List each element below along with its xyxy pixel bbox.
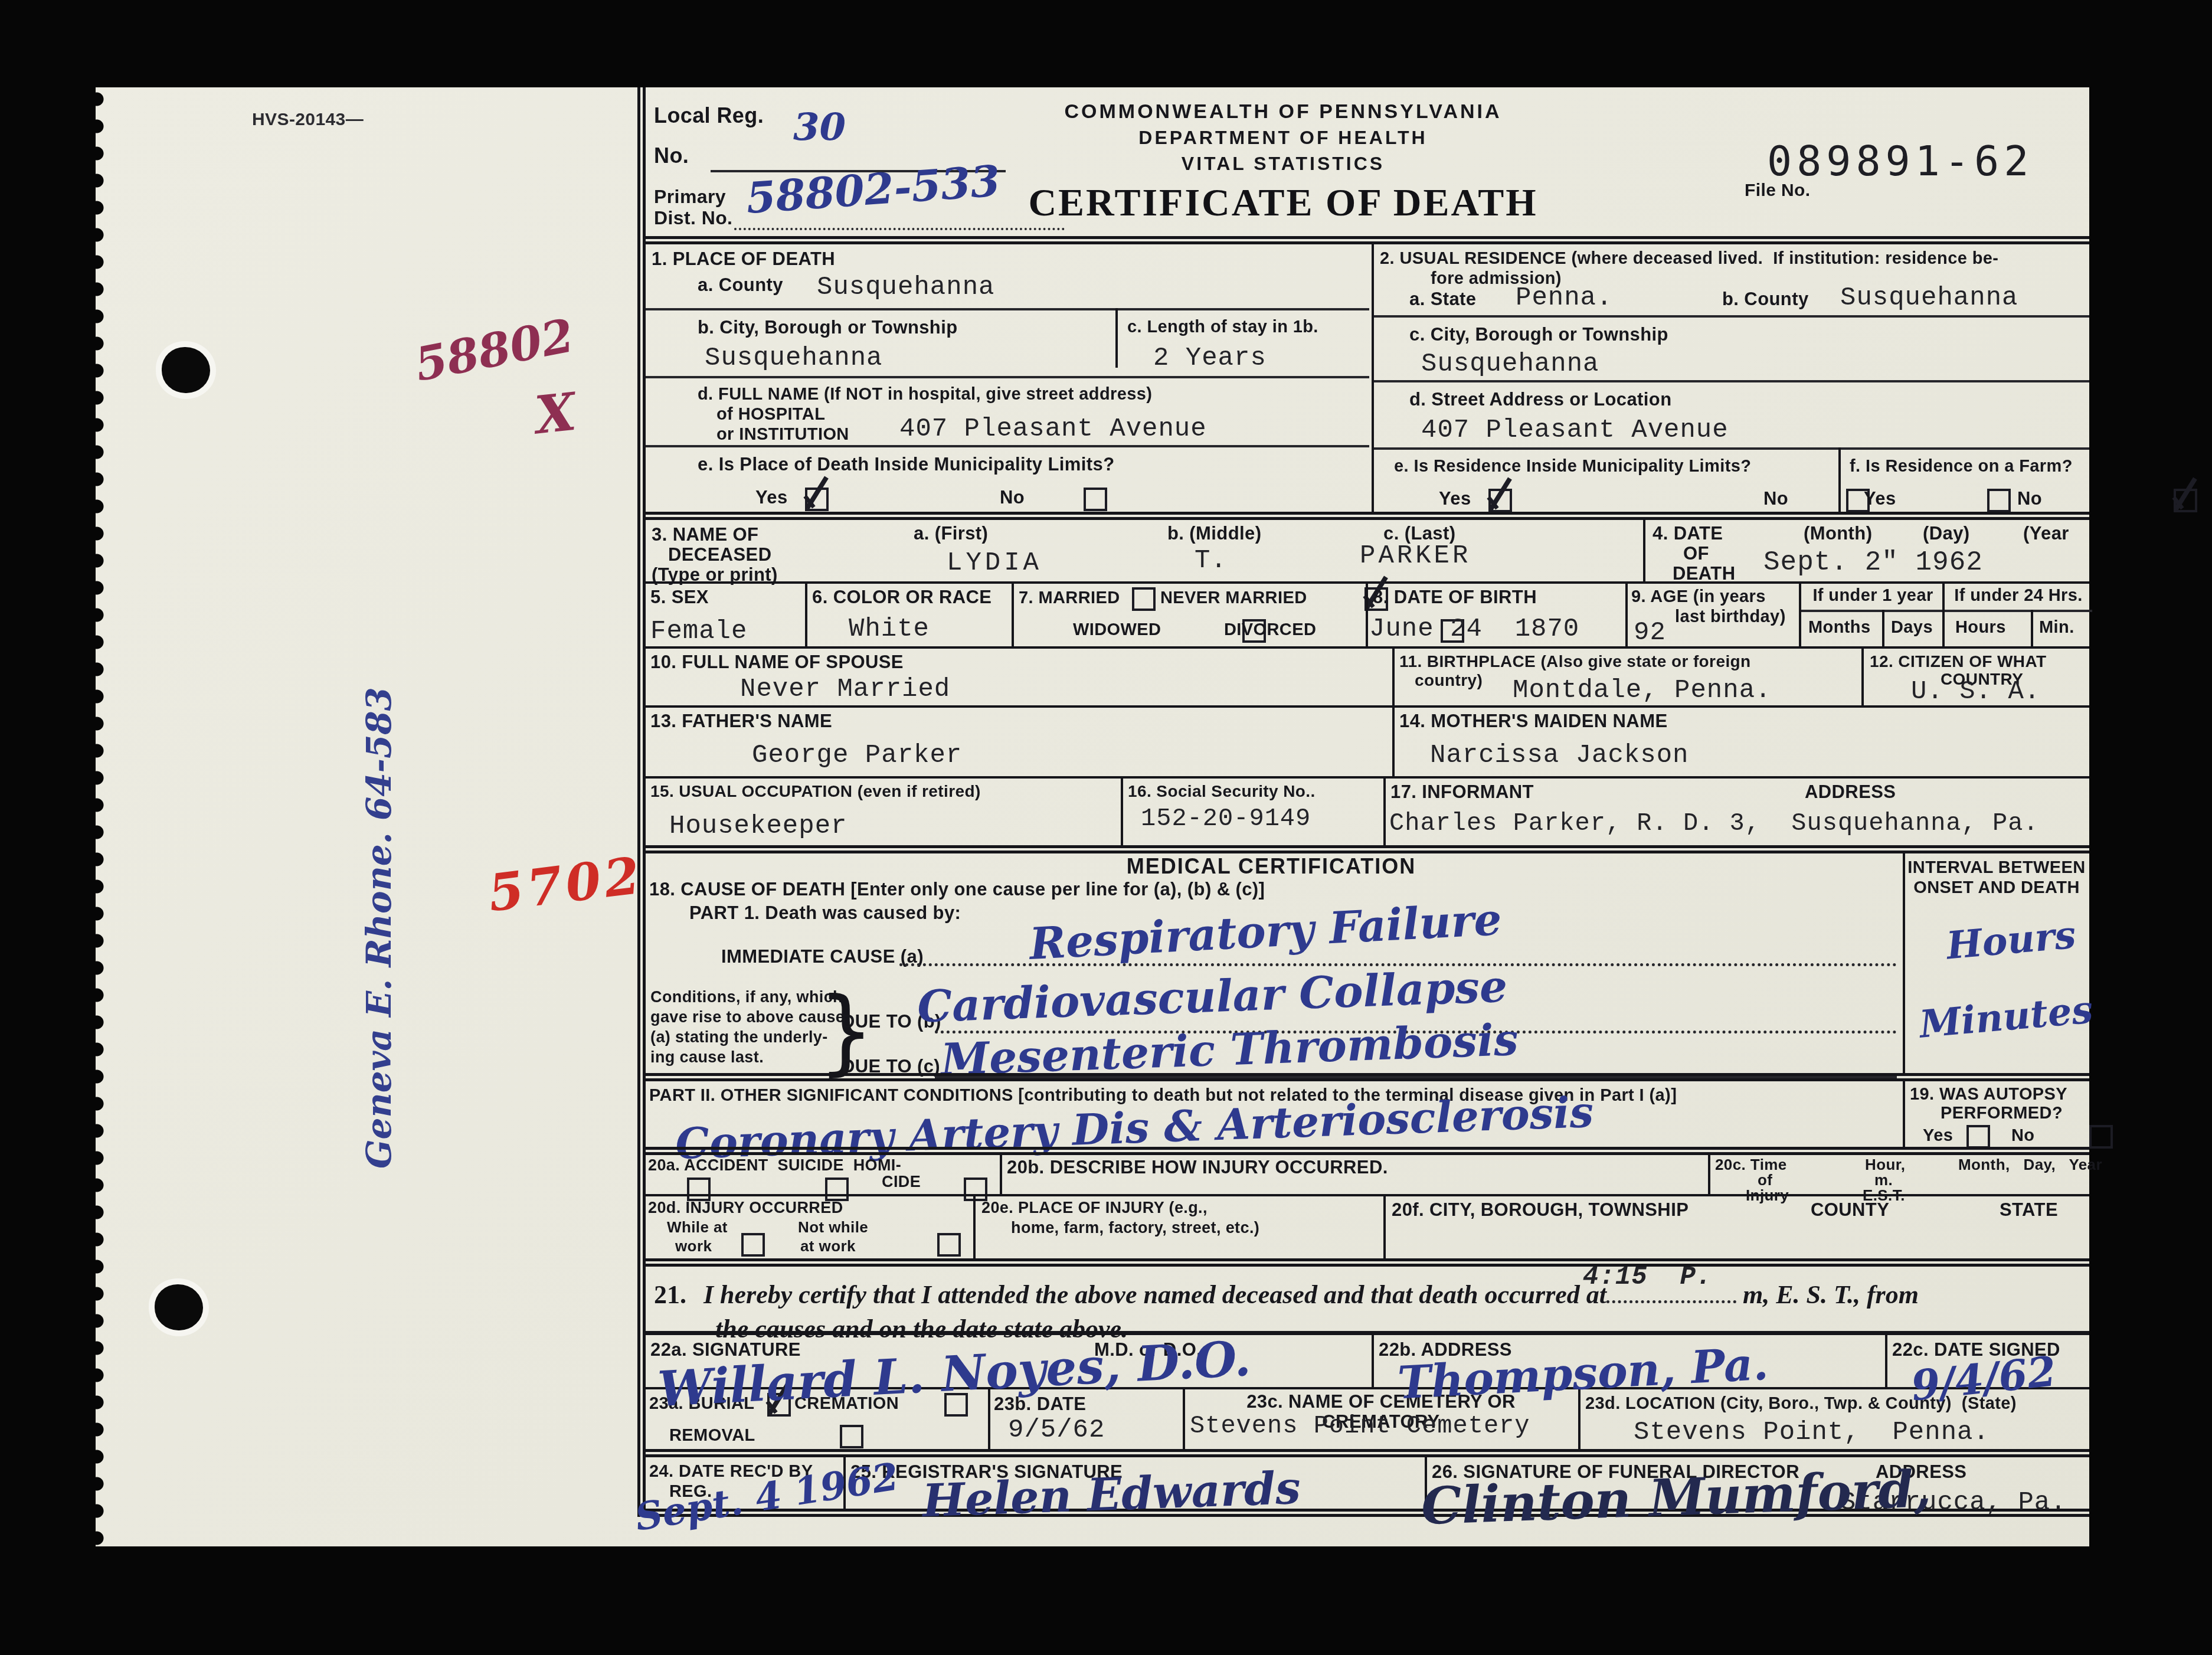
s1b-value: Susquehanna xyxy=(705,344,882,373)
punch-hole-top xyxy=(162,347,210,393)
s8-label: 8. DATE OF BIRTH xyxy=(1373,587,1537,608)
interval-label-1: INTERVAL BETWEEN xyxy=(1905,858,2088,877)
row-24-26: 24. DATE REC'D BY REG. Sept. 4 1962 25. … xyxy=(646,1449,2089,1517)
s7-divorced-label: DIVORCED xyxy=(1224,620,1316,639)
section-11-birthplace: 11. BIRTHPLACE (Also give state or forei… xyxy=(1392,649,1861,705)
s9-u1-divider xyxy=(1801,610,1945,612)
section-20b-describe-injury: 20b. DESCRIBE HOW INJURY OCCURRED. xyxy=(1000,1155,1708,1194)
s2-title1: 2. USUAL RESIDENCE (where deceased lived… xyxy=(1380,249,1998,268)
s9-hours-min-divider xyxy=(2031,610,2033,646)
section-22c-date-signed: 22c. DATE SIGNED 9/4/62 xyxy=(1885,1335,2089,1387)
s20e-label1: 20e. PLACE OF INJURY (e.g., xyxy=(981,1199,1208,1216)
s3c-value: PARKER xyxy=(1360,541,1471,571)
s5-value: Female xyxy=(650,617,747,646)
s2f-label: f. Is Residence on a Farm? xyxy=(1850,457,2073,476)
s9-label2: last birthday) xyxy=(1675,607,1786,626)
s4-day-label: (Day) xyxy=(1923,524,1970,544)
s12-label1: 12. CITIZEN OF WHAT xyxy=(1870,652,2047,670)
s9-under24hr-box: If under 24 Hrs. Hours Min. xyxy=(1942,584,1945,646)
s19-label2: PERFORMED? xyxy=(1941,1104,2063,1123)
s13-value: George Parker xyxy=(752,741,962,770)
s19-no: No xyxy=(2011,1126,2034,1145)
s20d-w1: While at xyxy=(667,1219,728,1236)
s16-value: 152-20-9149 xyxy=(1141,804,1311,833)
s4-value: Sept. 2" 1962 xyxy=(1763,547,1983,578)
s18-part1-label: PART 1. Death was caused by: xyxy=(689,903,961,924)
section-19-autopsy: 19. WAS AUTOPSY PERFORMED? Yes No xyxy=(1903,1081,2089,1147)
s16-label: 16. Social Security No.. xyxy=(1128,782,1316,800)
section-25-registrar: 25. REGISTRAR'S SIGNATURE Helen Edwards xyxy=(843,1457,1425,1509)
form-header: Local Reg. No. 30 Primary Dist. No. 5880… xyxy=(646,87,2089,236)
department-line: DEPARTMENT OF HEALTH xyxy=(1023,127,1543,149)
s5-label: 5. SEX xyxy=(650,587,709,608)
s23d-value: Stevens Point, Penna. xyxy=(1634,1418,1990,1447)
s7-married-checkbox xyxy=(1132,587,1156,611)
section-15-occupation: 15. USUAL OCCUPATION (even if retired) H… xyxy=(646,779,1121,845)
section-1-place-of-death: 1. PLACE OF DEATH a. County Susquehanna … xyxy=(646,244,1372,512)
dist-no-underline xyxy=(734,228,1065,230)
s3a-value: LYDIA xyxy=(947,548,1042,578)
s1e-no: No xyxy=(1000,488,1025,508)
s4-year-label: (Year xyxy=(2023,524,2069,544)
section-8-date-of-birth: 8. DATE OF BIRTH June 24 1870 xyxy=(1366,584,1625,646)
s4-label1: 4. DATE xyxy=(1653,524,1723,544)
section-26-funeral-director: 26. SIGNATURE OF FUNERAL DIRECTOR ADDRES… xyxy=(1425,1457,2089,1509)
section-24-date-recd: 24. DATE REC'D BY REG. Sept. 4 1962 xyxy=(646,1457,843,1509)
s1e-label: e. Is Place of Death Inside Municipality… xyxy=(698,454,1115,475)
s2e-label: e. Is Residence Inside Municipality Limi… xyxy=(1394,457,1751,476)
s20f-label: 20f. CITY, BOROUGH, TOWNSHIP xyxy=(1392,1200,1689,1221)
s10-value: Never Married xyxy=(740,675,950,704)
interval-b-value: Minutes xyxy=(1917,987,2095,1046)
section-20a-accident-suicide-homicide: 20a. ACCIDENT SUICIDE HOMI- CIDE xyxy=(646,1155,1000,1194)
s9-months-days-divider xyxy=(1882,610,1884,646)
row-sex-race-marital-birth-age: 5. SEX Female 6. COLOR OR RACE White 7. … xyxy=(646,581,2089,646)
section-13-father: 13. FATHER'S NAME George Parker xyxy=(646,708,1392,776)
s20e-label2: home, farm, factory, street, etc.) xyxy=(1011,1219,1259,1237)
interval-label-2: ONSET AND DEATH xyxy=(1905,878,2088,897)
section-20f-city-county-state: 20f. CITY, BOROUGH, TOWNSHIP COUNTY STAT… xyxy=(1383,1196,2089,1258)
primary-dist-number: 58802-533 xyxy=(745,155,1002,223)
s23b-value: 9/5/62 xyxy=(1008,1415,1105,1445)
s20d-label: 20d. INJURY OCCURRED xyxy=(648,1199,843,1216)
row-medical-certification: MEDICAL CERTIFICATION 18. CAUSE OF DEATH… xyxy=(646,845,2089,1073)
s23a-removal-checkbox xyxy=(840,1425,863,1448)
s18-cond4: ing cause last. xyxy=(650,1048,764,1066)
s2d-value: 407 Pleasant Avenue xyxy=(1421,416,1729,445)
no-label: No. xyxy=(654,144,689,168)
s9-hours-label: Hours xyxy=(1955,618,2006,637)
s1-divider-1 xyxy=(646,308,1369,310)
s11-label2: country) xyxy=(1415,671,1483,689)
row-20abc: 20a. ACCIDENT SUICIDE HOMI- CIDE 20b. DE… xyxy=(646,1147,2089,1194)
s10-label: 10. FULL NAME OF SPOUSE xyxy=(650,652,904,673)
s20d-atwork-checkbox xyxy=(741,1233,765,1257)
s8-value: June 24 1870 xyxy=(1369,614,1579,644)
s20c-l7: Month, Day, Year xyxy=(1958,1156,2102,1173)
s1c-label: c. Length of stay in 1b. xyxy=(1127,318,1318,336)
s1d-label3: or INSTITUTION xyxy=(716,425,849,444)
s21-line1: 21. I hereby certify that I attended the… xyxy=(654,1280,1919,1310)
row-22-signature: 22a. SIGNATURE M.D. or D.O. Willard L. N… xyxy=(646,1331,2089,1387)
s2-divider-3 xyxy=(1374,447,2089,450)
s3-label1: 3. NAME OF xyxy=(652,525,758,545)
s21-text2: m, E. S. T., from xyxy=(1743,1280,1919,1309)
s15-value: Housekeeper xyxy=(669,812,847,841)
s4-month-label: (Month) xyxy=(1804,524,1872,544)
s1e-no-checkbox xyxy=(1084,488,1107,511)
section-4-date-of-death: 4. DATE OF DEATH (Month) (Day) (Year Sep… xyxy=(1643,520,2089,581)
s2-divider-ef xyxy=(1838,447,1841,512)
s9-label1: 9. AGE (in years xyxy=(1631,587,1766,606)
s2-divider-1 xyxy=(1374,315,2089,318)
s1-divider-bc xyxy=(1115,308,1118,368)
s1d-label2: of HOSPITAL xyxy=(716,405,825,424)
s2-divider-2 xyxy=(1374,380,2089,382)
local-reg-number: 30 xyxy=(793,105,846,149)
s1-title: 1. PLACE OF DEATH xyxy=(652,249,835,270)
s9-under1yr-box: If under 1 year Months Days xyxy=(1799,584,1801,646)
s18-cond1: Conditions, if any, which xyxy=(650,988,843,1006)
s1a-label: a. County xyxy=(698,275,783,296)
agency-header: COMMONWEALTH OF PENNSYLVANIA DEPARTMENT … xyxy=(1023,100,1543,225)
s2c-label: c. City, Borough or Township xyxy=(1409,325,1668,345)
primary-label: Primary xyxy=(654,187,726,208)
s1-divider-2 xyxy=(646,376,1369,378)
part2-other-conditions: PART II. OTHER SIGNIFICANT CONDITIONS [c… xyxy=(646,1081,1903,1147)
s23a-removal-label: REMOVAL xyxy=(669,1426,755,1445)
s18-cond2: gave rise to above cause xyxy=(650,1008,845,1026)
section-16-ssn: 16. Social Security No.. 152-20-9149 xyxy=(1121,779,1383,845)
s20d-w2: work xyxy=(675,1238,712,1255)
s2b-value: Susquehanna xyxy=(1840,283,2018,313)
s6-label: 6. COLOR OR RACE xyxy=(812,587,992,608)
s19-no-checkbox xyxy=(2089,1125,2113,1149)
row-part2-autopsy: PART II. OTHER SIGNIFICANT CONDITIONS [c… xyxy=(646,1073,2089,1147)
s7-never-label: NEVER MARRIED xyxy=(1160,588,1307,607)
local-reg-label: Local Reg. xyxy=(654,104,764,127)
s9-u1-label: If under 1 year xyxy=(1801,586,1945,605)
s4-label2: OF xyxy=(1683,544,1709,564)
section-20c-time-of-injury: 20c. Time of Injury Hour, m. E.S.T. Mont… xyxy=(1708,1155,2089,1194)
s17-label: 17. INFORMANT xyxy=(1390,782,1534,803)
certificate-form: Local Reg. No. 30 Primary Dist. No. 5880… xyxy=(637,87,2089,1517)
section-20e-place-of-injury: 20e. PLACE OF INJURY (e.g., home, farm, … xyxy=(973,1196,1383,1258)
s9-days-label: Days xyxy=(1891,618,1933,637)
commonwealth-line: COMMONWEALTH OF PENNSYLVANIA xyxy=(1023,100,1543,123)
s20f-state: STATE xyxy=(2000,1200,2058,1221)
s9-u24-divider xyxy=(1945,610,2092,612)
s1c-value: 2 Years xyxy=(1153,344,1267,373)
s11-value: Montdale, Penna. xyxy=(1513,676,1771,705)
s9-min-label: Min. xyxy=(2039,618,2074,637)
section-18-cause-of-death: MEDICAL CERTIFICATION 18. CAUSE OF DEATH… xyxy=(646,853,1903,1073)
s9-months-label: Months xyxy=(1808,618,1871,637)
s13-label: 13. FATHER'S NAME xyxy=(650,711,832,732)
row-occupation-ssn-informant: 15. USUAL OCCUPATION (even if retired) H… xyxy=(646,776,2089,845)
s6-value: White xyxy=(849,614,930,644)
section-12-citizen: 12. CITIZEN OF WHAT COUNTRY U. S. A. xyxy=(1861,649,2089,705)
s21-text1: I hereby certify that I attended the abo… xyxy=(703,1280,1606,1309)
s7-widowed-label: WIDOWED xyxy=(1073,620,1161,639)
s20d-n1: Not while xyxy=(798,1219,868,1236)
s2c-value: Susquehanna xyxy=(1421,349,1599,379)
s2e-yes-checkbox xyxy=(1488,489,1512,512)
s2f-yes-checkbox xyxy=(1987,489,2011,512)
s2f-no: No xyxy=(2017,489,2042,509)
s1d-label1: d. FULL NAME (If NOT in hospital, give s… xyxy=(698,385,1152,404)
s20a-label2: CIDE xyxy=(882,1173,921,1190)
s2a-label: a. State xyxy=(1409,289,1476,310)
section-3-name-of-deceased: 3. NAME OF DECEASED (Type or print) a. (… xyxy=(646,520,1643,581)
section-6-color-or-race: 6. COLOR OR RACE White xyxy=(805,584,1012,646)
section-20d-injury-occurred: 20d. INJURY OCCURRED While at work Not w… xyxy=(646,1196,973,1258)
margin-red-x-mark: X xyxy=(532,381,579,446)
section-18-interval-column: INTERVAL BETWEEN ONSET AND DEATH Hours M… xyxy=(1903,853,2089,1073)
row-21-certify: 21. I hereby certify that I attended the… xyxy=(646,1258,2089,1331)
section-2-usual-residence: 2. USUAL RESIDENCE (where deceased lived… xyxy=(1372,244,2089,512)
perforated-edge xyxy=(91,87,112,1546)
s2f-no-checkbox xyxy=(2174,489,2197,512)
s20d-n2: at work xyxy=(800,1238,856,1255)
s19-label1: 19. WAS AUTOPSY xyxy=(1910,1085,2067,1104)
s12-value: U. S. A. xyxy=(1911,677,2040,707)
medical-certification-title: MEDICAL CERTIFICATION xyxy=(646,855,1897,878)
s2f-yes: Yes xyxy=(1864,489,1896,509)
margin-red-district-number: 58802 xyxy=(411,309,578,392)
s1e-yes-checkbox xyxy=(805,488,829,511)
s1b-label: b. City, Borough or Township xyxy=(698,318,958,338)
margin-red-code: 5702 xyxy=(485,845,647,923)
s14-label: 14. MOTHER'S MAIDEN NAME xyxy=(1399,711,1667,732)
section-7-marital-status: 7. MARRIED NEVER MARRIED WIDOWED DIVORCE… xyxy=(1012,584,1366,646)
scanned-death-certificate: HVS-20143— 58802 X 5702 Geneva E. Rhone.… xyxy=(0,0,2212,1655)
s17-address-label: ADDRESS xyxy=(1805,782,1896,803)
s15-label: 15. USUAL OCCUPATION (even if retired) xyxy=(650,782,981,800)
s20d-notatwork-checkbox xyxy=(937,1233,961,1257)
vital-statistics-line: VITAL STATISTICS xyxy=(1023,153,1543,175)
s1-divider-3 xyxy=(646,445,1369,447)
form-number-stamp: HVS-20143— xyxy=(252,110,364,130)
s19-yes-checkbox xyxy=(1966,1125,1990,1149)
section-22b-address: 22b. ADDRESS Thompson, Pa. xyxy=(1372,1335,1885,1387)
section-5-sex: 5. SEX Female xyxy=(646,584,805,646)
s21-number: 21. xyxy=(654,1280,686,1309)
s2a-value: Penna. xyxy=(1516,283,1612,313)
row-20def: 20d. INJURY OCCURRED While at work Not w… xyxy=(646,1194,2089,1258)
section-9-age: 9. AGE (in years last birthday) 92 If un… xyxy=(1625,584,2089,646)
row-father-mother: 13. FATHER'S NAME George Parker 14. MOTH… xyxy=(646,705,2089,776)
s20c-l1: 20c. Time xyxy=(1715,1156,1787,1173)
s1e-yes: Yes xyxy=(755,488,788,508)
certificate-paper: HVS-20143— 58802 X 5702 Geneva E. Rhone.… xyxy=(96,87,2089,1546)
s1a-value: Susquehanna xyxy=(817,273,994,302)
s23c-value: Stevens Point Cemetery xyxy=(1190,1412,1530,1440)
s2b-label: b. County xyxy=(1722,289,1809,310)
punch-hole-bottom xyxy=(155,1284,203,1330)
dist-no-label: Dist. No. xyxy=(654,208,732,229)
s14-value: Narcissa Jackson xyxy=(1430,741,1689,770)
s2e-yes: Yes xyxy=(1439,489,1471,509)
s3b-value: T. xyxy=(1195,546,1227,575)
s20b-label: 20b. DESCRIBE HOW INJURY OCCURRED. xyxy=(1007,1157,1388,1178)
s3b-label: b. (Middle) xyxy=(1167,524,1261,544)
s18-cond3: (a) stating the underly- xyxy=(650,1028,828,1046)
interval-a-value: Hours xyxy=(1945,913,2077,969)
section-10-spouse: 10. FULL NAME OF SPOUSE Never Married xyxy=(646,649,1392,705)
s9-u24-label: If under 24 Hrs. xyxy=(1945,586,2092,605)
s7-married-label: 7. MARRIED xyxy=(1019,588,1120,607)
margin-vertical-note: Geneva E. Rhone. 64-583 xyxy=(359,456,399,1400)
section-22a-signature: 22a. SIGNATURE M.D. or D.O. Willard L. N… xyxy=(646,1335,1372,1387)
s1d-value: 407 Pleasant Avenue xyxy=(899,414,1207,444)
s2e-no: No xyxy=(1763,489,1788,509)
s18-immediate-label: IMMEDIATE CAUSE (a) xyxy=(721,947,924,967)
s3-label2: DECEASED xyxy=(668,545,771,565)
s2d-label: d. Street Address or Location xyxy=(1409,390,1672,410)
s3a-label: a. (First) xyxy=(914,524,988,544)
s9-value: 92 xyxy=(1634,618,1666,647)
row-spouse-birthplace-citizen: 10. FULL NAME OF SPOUSE Never Married 11… xyxy=(646,646,2089,705)
certificate-title: CERTIFICATE OF DEATH xyxy=(1023,181,1543,225)
s11-label1: 11. BIRTHPLACE (Also give state or forei… xyxy=(1399,652,1751,670)
section-17-informant: 17. INFORMANT ADDRESS Charles Parker, R.… xyxy=(1383,779,2089,845)
s17-value: Charles Parker, R. D. 3, Susquehanna, Pa… xyxy=(1389,809,2039,838)
s19-yes: Yes xyxy=(1923,1126,1953,1145)
s21-time-value: 4:15 P. xyxy=(1583,1262,1712,1292)
s20a-label1: 20a. ACCIDENT SUICIDE HOMI- xyxy=(648,1156,901,1174)
s21-time-blank: 4:15 P. xyxy=(1606,1300,1736,1303)
file-no-stamp: 089891-62 xyxy=(1767,137,2033,185)
s18-label: 18. CAUSE OF DEATH [Enter only one cause… xyxy=(649,879,1265,900)
s18a-value: Respiratory Failure xyxy=(1028,894,1503,970)
row-name-dateofdeath: 3. NAME OF DECEASED (Type or print) a. (… xyxy=(646,512,2089,581)
row-place-residence: 1. PLACE OF DEATH a. County Susquehanna … xyxy=(646,236,2089,512)
s20f-county: COUNTY xyxy=(1811,1200,1889,1221)
section-14-mother: 14. MOTHER'S MAIDEN NAME Narcissa Jackso… xyxy=(1392,708,2089,776)
